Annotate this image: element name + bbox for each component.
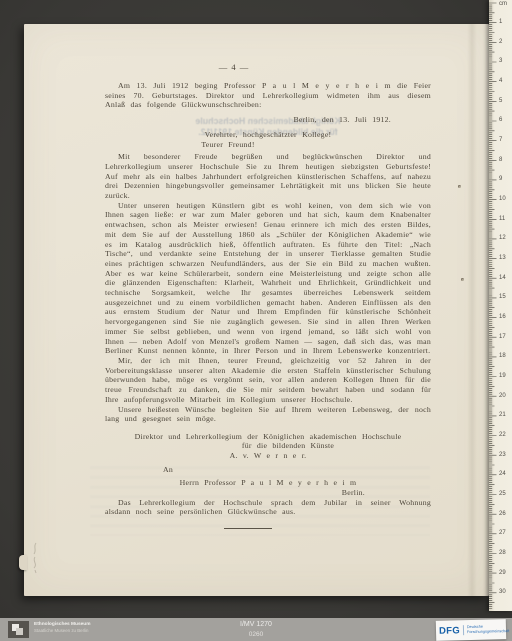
salutation-line: Verehrter, hochgeschätzter Kollege! <box>105 130 431 140</box>
pin-hole <box>461 278 464 281</box>
signature: A. v. W e r n e r. <box>105 451 431 461</box>
end-rule <box>224 528 272 529</box>
signoff-line: für die bildenden Künste <box>125 441 451 451</box>
dfg-name-line: Forschungsgemeinschaft <box>467 629 510 634</box>
ruler-cm-label: 15 <box>499 294 511 301</box>
ruler-cm-label: 18 <box>499 353 511 360</box>
closing-paragraph: Das Lehrerkollegium der Hochschule sprac… <box>105 498 431 517</box>
ruler-cm-label: 26 <box>499 511 511 518</box>
footer-bar: Ethnologisches Museum Staatliche Museen … <box>0 618 512 641</box>
ruler-cm-label: 27 <box>499 530 511 537</box>
signoff-block: Direktor und Lehrerkollegium der Königli… <box>105 432 431 461</box>
pin-hole <box>458 185 461 188</box>
letter-paragraph: Unsere heißesten Wünsche begleiten Sie a… <box>105 405 431 424</box>
ruler-cm-label: 28 <box>499 550 511 557</box>
signoff-line: Direktor und Lehrerkollegium der Königli… <box>105 432 431 442</box>
ruler-cm-label: 14 <box>499 275 511 282</box>
ruler-unit-label: cm <box>499 1 507 7</box>
ruler-cm-label: 7 <box>499 137 511 144</box>
salutation-line: Teurer Freund! <box>65 140 391 150</box>
ruler-cm-label: 1 <box>499 19 511 26</box>
page-number: — 4 — <box>24 62 444 72</box>
dfg-acronym: DFG <box>439 625 460 637</box>
ruler-cm-label: 21 <box>499 412 511 419</box>
ruler-cm-label: 10 <box>499 196 511 203</box>
letter-body: Am 13. Juli 1912 beging Professor P a u … <box>105 81 431 529</box>
letter-paragraph: Mir, der ich mit Ihnen, teurer Freund, g… <box>105 356 431 405</box>
ruler: cm 1234567891011121314151617181920212223… <box>489 0 512 611</box>
ruler-cm-label: 3 <box>499 58 511 65</box>
dateline: Berlin, den 13. Juli 1912. <box>105 115 431 125</box>
page-fold-shadow <box>467 24 477 596</box>
ruler-cm-label: 8 <box>499 157 511 164</box>
ruler-cm-label: 17 <box>499 334 511 341</box>
letter-paragraphs: Mit besonderer Freude begrüßen und beglü… <box>105 152 431 424</box>
address-an: An <box>163 465 431 475</box>
dfg-name: Deutsche Forschungsgemeinschaft <box>463 624 510 634</box>
letter-intro: Am 13. Juli 1912 beging Professor P a u … <box>105 81 431 110</box>
scan-viewport: — 4 — Königl. akademischen Hochschule fü… <box>0 0 512 641</box>
document-page: — 4 — Königl. akademischen Hochschule fü… <box>24 24 489 596</box>
paper-tab <box>19 555 27 570</box>
ruler-cm-label: 23 <box>499 452 511 459</box>
ruler-cm-label: 22 <box>499 432 511 439</box>
ruler-cm-label: 20 <box>499 393 511 400</box>
ruler-cm-label: 30 <box>499 589 511 596</box>
ruler-cm-label: 16 <box>499 314 511 321</box>
ruler-cm-label: 12 <box>499 235 511 242</box>
dfg-logo: DFG Deutsche Forschungsgemeinschaft <box>436 619 506 641</box>
pencil-annotation <box>28 541 42 575</box>
ruler-cm-label: 5 <box>499 98 511 105</box>
ruler-cm-label: 9 <box>499 176 511 183</box>
letter-paragraph: Unter unseren heutigen Künstlern gibt es… <box>105 201 431 356</box>
ruler-cm-label: 13 <box>499 255 511 262</box>
ruler-cm-label: 24 <box>499 471 511 478</box>
ruler-cm-label: 4 <box>499 78 511 85</box>
ruler-cm-label: 29 <box>499 570 511 577</box>
ruler-ticks <box>489 0 498 611</box>
address-city: Berlin. <box>105 488 431 498</box>
ruler-cm-label: 11 <box>499 216 511 223</box>
letter-paragraph: Mit besonderer Freude begrüßen und beglü… <box>105 152 431 201</box>
ruler-cm-label: 25 <box>499 491 511 498</box>
addressee: Herrn Professor P a u l M e y e r h e i … <box>105 478 431 488</box>
ruler-cm-label: 6 <box>499 117 511 124</box>
ruler-cm-label: 2 <box>499 39 511 46</box>
ruler-cm-label: 19 <box>499 373 511 380</box>
